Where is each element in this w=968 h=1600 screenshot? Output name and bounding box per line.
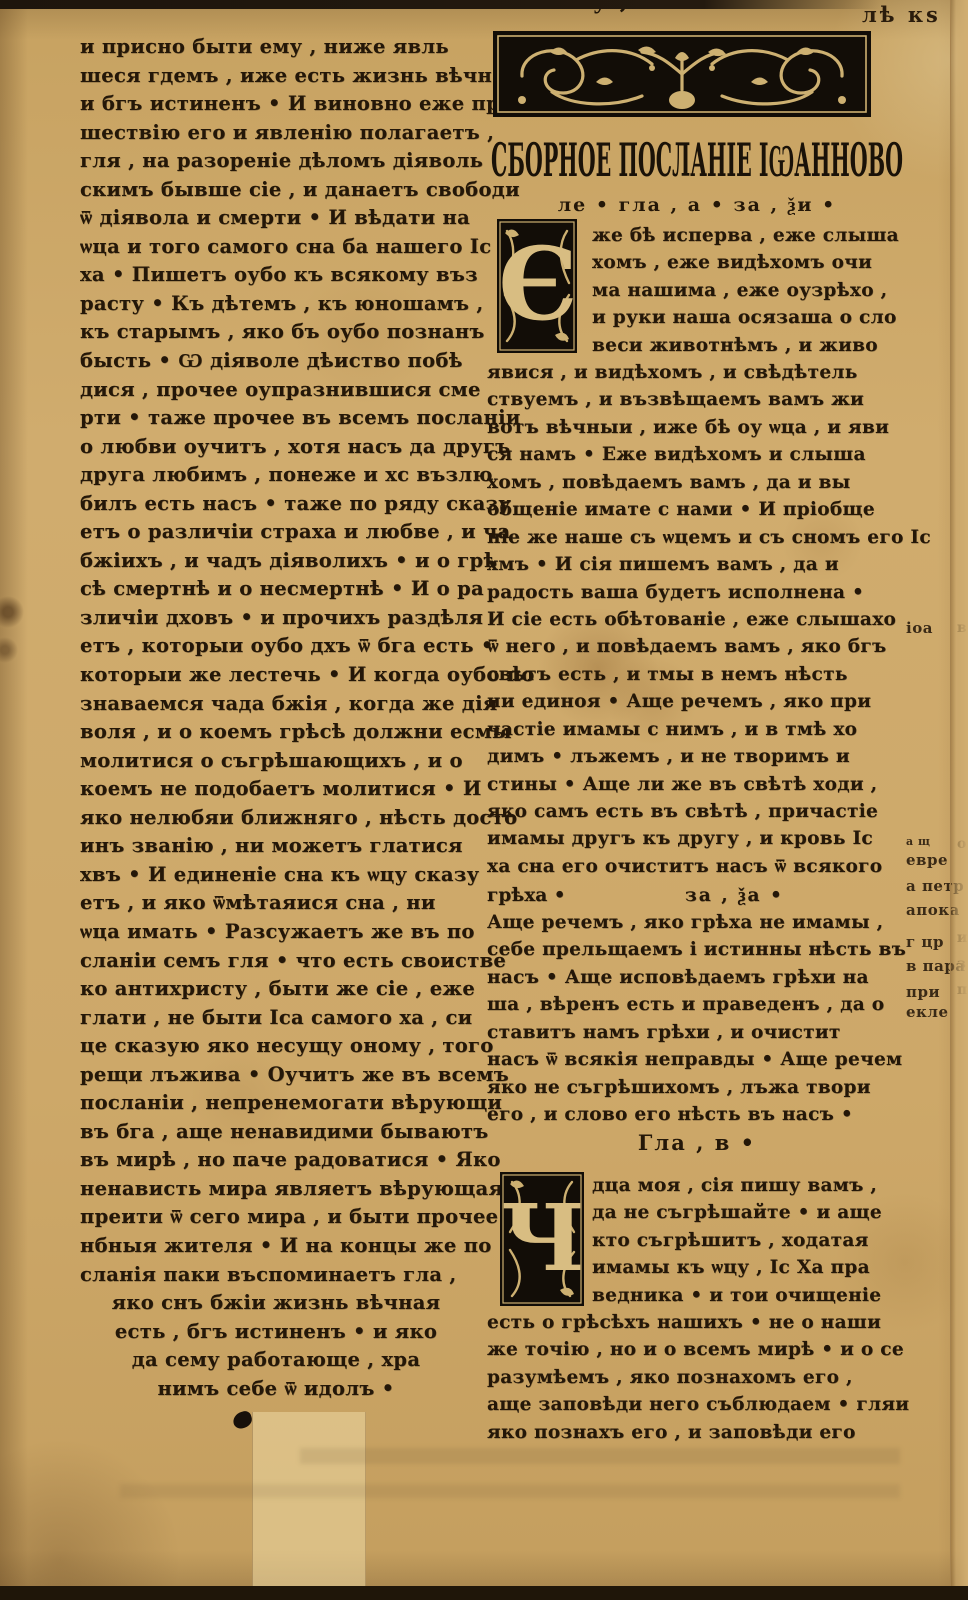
text-line: яко нелюбяи ближняго , нѣсть досто [80, 804, 472, 833]
text-line: Аще речемъ , яко грѣха не имамы , [487, 909, 907, 936]
margin-note: екле [906, 1004, 949, 1020]
text-line: общеніе имате с нами • И пріобще [487, 496, 907, 523]
book-page-scan: ІѠАННѸ , А лѣ кѕ и присно быти ему , ниж… [0, 0, 968, 1600]
text-line: имамы къ ѡцу , Іс Ха пра [592, 1254, 907, 1281]
margin-note: іоа [906, 620, 933, 636]
text-line: вотъ вѣчныи , иже бѣ оу ѡца , и яви [487, 414, 907, 441]
text-line: воля , и о коемъ грѣсѣ должни есмы [80, 718, 472, 747]
text-line: ствуемъ , и възвѣщаемъ вамъ жи [487, 386, 907, 413]
text-line: дца моя , сія пишу вамъ , [592, 1172, 907, 1199]
text-line: яко не съгрѣшихомъ , лъжа твори [487, 1074, 907, 1101]
text-line: аще заповѣди него съблюдаем • гляи [487, 1391, 907, 1418]
bottom-edge-shadow [0, 1586, 968, 1600]
text-line: бжіихъ , и чадъ діяволихъ • и о грѣ [80, 547, 472, 576]
text-line: ха • Пишетъ оубо къ всякому въз [80, 261, 472, 290]
text-line: димъ • лъжемъ , и не творимъ и [487, 743, 907, 770]
text-line: сланіи семъ гля • что есть своистве [80, 947, 472, 976]
text-line: и присно быти ему , ниже явль [80, 33, 472, 62]
text-line: ѿ него , и повѣдаемъ вамъ , яко бгъ [487, 633, 907, 660]
text-line: И сіе есть обѣтованіе , еже слышахо [487, 606, 907, 633]
show-through [120, 1484, 900, 1498]
text-line: ведника • и тои очищеніе [592, 1282, 907, 1309]
margin-note: при [906, 984, 940, 1000]
text-line: въ бга , аще ненавидими бываютъ [80, 1118, 472, 1147]
text-line: стины • Аще ли же въ свѣтѣ ходи , [487, 771, 907, 798]
text-line: бысть • Ѡ діяволе дѣиство побѣ [80, 347, 472, 376]
headpiece-woodcut [492, 30, 872, 122]
text-line: частіе имамы с нимъ , и в тмѣ хо [487, 716, 907, 743]
left-column-text: и присно быти ему , ниже явльшеся гдемъ … [80, 33, 472, 1289]
text-line: о любви оучитъ , хотя насъ да другъ [80, 433, 472, 462]
text-line: веси животнѣмъ , и живо [592, 332, 907, 359]
text-line: насъ ѿ всякія неправды • Аще речем [487, 1046, 907, 1073]
text-line: сланія паки въспоминаетъ гла , [80, 1261, 472, 1290]
show-through [300, 1448, 900, 1464]
text-line: и руки наша осязаша о сло [592, 304, 907, 331]
verse-end-word: грѣха • [487, 882, 566, 909]
margin-note: г цр [906, 934, 944, 950]
verse-end-and-pericope-marker: грѣха • за , ѯа • [487, 882, 907, 909]
verse1-indented-lines: же бѣ исперва , еже слышахомъ , еже видѣ… [592, 222, 907, 359]
text-line: свѣтъ есть , и тмы в немъ нѣсть [487, 661, 907, 688]
text-line: явися , и видѣхомъ , и свѣдѣтель [487, 359, 907, 386]
verse2-lines: есть о грѣсѣхъ нашихъ • не о нашиже точі… [487, 1309, 907, 1446]
margin-note: а щ [906, 834, 930, 850]
text-line: ненависть мира являетъ вѣрующая [80, 1175, 472, 1204]
text-line: ся намъ • Еже видѣхомъ и слыша [487, 441, 907, 468]
text-line: билъ есть насъ • таже по ряду сказу [80, 490, 472, 519]
text-line: це сказую яко несущу оному , того [80, 1032, 472, 1061]
text-line: гля , на разореніе дѣломъ діяволь [80, 147, 472, 176]
svg-text:Є: Є [498, 225, 577, 343]
ornate-initial-E: Є [497, 219, 577, 357]
chapter2-heading: Гла , в • [487, 1130, 907, 1155]
text-line: ѡца и того самого сна ба нашего Іс [80, 233, 472, 262]
text-line: разумѣемъ , яко познахомъ его , [487, 1364, 907, 1391]
text-line: нбныя жителя • И на концы же по [80, 1232, 472, 1261]
text-line: кто съгрѣшитъ , ходатая [592, 1227, 907, 1254]
text-line: же точію , но и о всемъ мирѣ • и о се [487, 1336, 907, 1363]
text-line: яко познахъ его , и заповѣди его [487, 1419, 907, 1446]
text-line: етъ о различіи страха и любве , и ча [80, 518, 472, 547]
text-line: инъ званію , ни можетъ глатися [80, 832, 472, 861]
text-line: расту • Къ дѣтемъ , къ юношамъ , [80, 290, 472, 319]
text-line: глати , не быти Іса самого ха , си [80, 1004, 472, 1033]
text-line: шеся гдемъ , иже есть жизнь вѣчная , [80, 62, 472, 91]
text-line: хмъ • И сія пишемъ вамъ , да и [487, 551, 907, 578]
text-line: ко антихристу , быти же сіе , еже [80, 975, 472, 1004]
text-line: хомъ , повѣдаемъ вамъ , да и вы [487, 469, 907, 496]
text-line: нимъ себе ѿ идолъ • [80, 1375, 472, 1404]
repair-patch [252, 1412, 366, 1600]
text-line: хомъ , еже видѣхомъ очи [592, 249, 907, 276]
text-line: да сему работающе , хра [80, 1346, 472, 1375]
text-line: посланіи , непренемогати вѣрующи [80, 1089, 472, 1118]
margin-note: евре [906, 852, 948, 868]
svg-text:Ч: Ч [501, 1184, 584, 1292]
text-line: коемъ не подобаетъ молитися • И [80, 775, 472, 804]
verse1b-lines: Аще речемъ , яко грѣха не имамы ,себе пр… [487, 909, 907, 1129]
verse2-indented-lines: дца моя , сія пишу вамъ ,да не съгрѣшайт… [592, 1172, 907, 1309]
text-line: ѡца имать • Разсужаетъ же въ по [80, 918, 472, 947]
text-line: етъ , и яко ѿмѣтаяися сна , ни [80, 889, 472, 918]
text-line: да не съгрѣшайте • и аще [592, 1199, 907, 1226]
text-line: имамы другъ къ другу , и кровь Іс [487, 825, 907, 852]
pericope-marker: за , ѯа • [685, 882, 784, 909]
text-line: ніе же наше съ ѡцемъ и съ сномъ его Іс [487, 524, 907, 551]
text-line: сѣ смертнѣ и о несмертнѣ • И о ра [80, 575, 472, 604]
text-line: ма нашима , еже оузрѣхо , [592, 277, 907, 304]
ink-blot [231, 1409, 254, 1430]
text-line: шествію его и явленію полагаетъ , [80, 119, 472, 148]
text-line: ни единоя • Аще речемъ , яко при [487, 688, 907, 715]
text-line: молитися о съгрѣшающихъ , и о [80, 747, 472, 776]
ornate-initial-CH: Ч [500, 1172, 584, 1310]
adjacent-page-edge [950, 0, 968, 1600]
top-edge-shadow [0, 0, 880, 9]
text-line: есть , бгъ истиненъ • и яко [80, 1318, 472, 1347]
text-line: есть о грѣсѣхъ нашихъ • не о наши [487, 1309, 907, 1336]
text-line: которыи же лестечь • И когда оубо по [80, 661, 472, 690]
text-line: преити ѿ сего мира , и быти прочее [80, 1203, 472, 1232]
section-title: СБОРНОЕ ПОСЛАНІЕ ІѠАННОВО [487, 128, 907, 194]
verse1-lines: явися , и видѣхомъ , и свѣдѣтельствуемъ … [487, 359, 907, 880]
text-line: знаваемся чада бжія , когда же дія [80, 690, 472, 719]
left-column-taper: яко снъ бжіи жизнь вѣчнаяесть , бгъ исти… [80, 1289, 472, 1403]
text-line: же бѣ исперва , еже слыша [592, 222, 907, 249]
text-line: рещи лъжива • Оучитъ же въ всемъ [80, 1061, 472, 1090]
text-line: въ мирѣ , но паче радоватися • Яко [80, 1146, 472, 1175]
chapter-pericope-line: ле • гла , а • за , ѯи • [487, 194, 907, 217]
text-line: къ старымъ , яко бъ оубо познанъ [80, 318, 472, 347]
text-line: его , и слово его нѣсть въ насъ • [487, 1101, 907, 1128]
text-line: зличіи дховъ • и прочихъ раздѣля [80, 604, 472, 633]
text-line: радость ваша будетъ исполнена • [487, 579, 907, 606]
text-line: насъ • Аще исповѣдаемъ грѣхи на [487, 964, 907, 991]
text-line: яко самъ есть въ свѣтѣ , причастіе [487, 798, 907, 825]
text-line: рти • таже прочее въ всемъ посланіи [80, 404, 472, 433]
text-line: ха сна его очиститъ насъ ѿ всякого [487, 853, 907, 880]
text-line: дися , прочее оупразнившися сме [80, 376, 472, 405]
text-line: скимъ бывше сіе , и данаетъ свободи [80, 176, 472, 205]
text-line: себе прельщаемъ і истинны нѣсть въ [487, 936, 907, 963]
text-line: яко снъ бжіи жизнь вѣчная [80, 1289, 472, 1318]
text-line: ѿ діявола и смерти • И вѣдати на [80, 204, 472, 233]
text-line: етъ , которыи оубо дхъ ѿ бга есть • [80, 632, 472, 661]
text-line: хвъ • И единеніе сна къ ѡцу сказу [80, 861, 472, 890]
text-line: друга любимъ , понеже и хс възлю [80, 461, 472, 490]
text-line: и бгъ истиненъ • И виновно еже при [80, 90, 472, 119]
svg-text:СБОРНОЕ ПОСЛАНІЕ ІѠАННОВО: СБОРНОЕ ПОСЛАНІЕ ІѠАННОВО [491, 133, 903, 187]
text-line: ставитъ намъ грѣхи , и очистит [487, 1019, 907, 1046]
text-line: ша , вѣренъ есть и праведенъ , да о [487, 991, 907, 1018]
